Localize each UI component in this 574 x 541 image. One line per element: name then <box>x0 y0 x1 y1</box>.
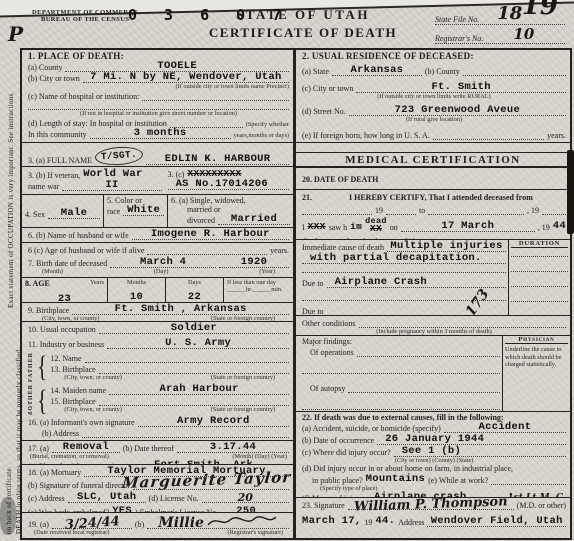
mortuary-label: 18. (a) Mortuary <box>28 468 81 477</box>
date-thereof-label: (b) Date thereof <box>123 444 174 453</box>
signature-address-label: Address <box>398 518 424 527</box>
city-field: (b) City or town 7 Mi. N by NE, Wendover… <box>28 72 289 83</box>
race-value: White <box>127 206 160 215</box>
state-title: STATE OF UTAH <box>188 7 418 23</box>
birthdate-row: 7. Birth date of deceased March 4 1920 (… <box>22 256 293 278</box>
blank-gap-row <box>296 143 570 153</box>
residence-county-label: (b) County <box>425 67 460 76</box>
autopsy-label: Of autopsy <box>302 384 345 393</box>
age-years-value: 23 <box>58 293 71 302</box>
informant-label: 16. (a) Informant's own signature <box>28 418 135 427</box>
other-conditions-row: Other conditions (Include pregnancy with… <box>296 316 570 336</box>
where-injury-label: (c) Where did injury occur? <box>302 448 391 457</box>
age-years-label: Years <box>90 279 104 288</box>
mother-maiden-value: Arah Harbour <box>159 385 238 394</box>
findings-blank-line1 <box>302 365 500 374</box>
mother-maiden-label: 14. Maiden name <box>50 386 106 395</box>
spouse-age-label: 6 (c) Age of husband or wife if alive <box>28 246 144 255</box>
birthplace-cap1: (City, town, or county) <box>42 315 99 322</box>
full-name-value: EDLIN K. HARBOUR <box>165 155 271 164</box>
signature-suffix: (M.D. or other) <box>517 501 566 510</box>
residence-title: 2. USUAL RESIDENCE OF DECEASED: <box>302 51 566 61</box>
due-to-value-1: Airplane Crash <box>335 278 427 287</box>
spouse-value: Imogene R. Harbour <box>151 230 270 239</box>
city-caption: (If outside city or town limits name Pre… <box>28 83 289 90</box>
age-less-cell: If less than one day ______hr.______min. <box>224 278 293 302</box>
where-injury-captions: (City or town) (County) (State) <box>302 457 566 464</box>
community-value: 3 months <box>134 129 187 138</box>
registrar-no-label: Registrar's No. <box>435 34 483 43</box>
disposition-label: 17. (a) <box>28 444 49 453</box>
duration-label: DURATION <box>511 240 568 248</box>
community-label: In this community <box>28 130 87 139</box>
major-findings-title: Major findings: <box>302 337 500 346</box>
rank-circled: T/SGT. <box>95 145 144 166</box>
department-line1: DEPARTMENT OF COMMERCE <box>32 9 138 16</box>
immediate-cause-value2: with partial decapitation. <box>310 254 482 263</box>
age-months-cell: Months 10 <box>108 278 166 302</box>
death-certificate-scan: DEPARTMENT OF COMMERCE BUREAU OF THE CEN… <box>0 0 574 541</box>
community-caption: years,months or days) <box>234 132 289 139</box>
physician-signature: William P. Thompson <box>354 498 508 512</box>
spouse-age-suffix: years. <box>270 246 289 255</box>
dead-over-struck: dead XX <box>365 218 387 232</box>
occurrence-label: (b) Date of occurrence <box>302 436 374 445</box>
mother-rows: MOTHER { 14. Maiden name Arah Harbour 15… <box>22 383 293 415</box>
received-date: 3/24/44 <box>64 517 119 530</box>
accident-value: Accident <box>479 423 532 432</box>
father-vertical-label: FATHER <box>28 352 34 382</box>
mother-vertical-label: MOTHER <box>28 384 34 415</box>
residence-street-field: (d) Street No. 723 Greenwood Aveue <box>302 105 566 116</box>
age-months-value: 10 <box>130 291 143 302</box>
other-conditions-caption: (Include pregnancy within 3 months of de… <box>302 328 566 335</box>
injury-place-line1: (d) Did injury occur in or about home on… <box>302 464 566 473</box>
service-no-value: AS No.17014206 <box>176 180 268 189</box>
community-field: In this community 3 months years,months … <box>28 128 289 139</box>
occupation-value: Soldier <box>171 324 217 333</box>
residence-street-value: 723 Greenwood Aveue <box>395 106 520 115</box>
birthplace-value: Ft. Smith , Arkansas <box>115 305 247 314</box>
mother-cap2: (State or foreign country) <box>211 406 275 413</box>
residence-state-value: Arkansas <box>350 66 403 75</box>
duration-line2 <box>511 263 568 272</box>
other-conditions-label: Other conditions <box>302 319 356 328</box>
saw-year-prefix: , 19 <box>538 223 550 232</box>
mortuary-address-value: SLC, Utah <box>77 493 136 502</box>
occurrence-value: 26 January 1944 <box>385 435 484 444</box>
residence-city-value: Ft. Smith <box>431 83 490 92</box>
medical-certification-header: MEDICAL CERTIFICATION <box>296 153 570 168</box>
age-label: 8. AGE <box>25 279 50 288</box>
foreign-born-field: (e) If foreign born, how long in U. S. A… <box>302 129 566 140</box>
while-at-work-label: (e) While at work? <box>428 476 488 485</box>
veteran-war-block: 3. (b) If veteran, World War name war II <box>28 168 162 194</box>
age-days-cell: Days 22 <box>166 278 224 302</box>
birthdate-label: 7. Birth date of deceased <box>28 259 107 268</box>
funeral-director-label: (b) Signature of funeral director <box>28 481 130 490</box>
physician-note: Underline the cause to which death shoul… <box>505 344 568 369</box>
saw-on: on <box>390 223 398 232</box>
father-cap2: (State or foreign country) <box>211 374 275 381</box>
certify-year1: 19 <box>375 206 383 215</box>
dod-label: 20. DATE OF DEATH <box>302 175 378 184</box>
saw-im: im <box>350 221 362 232</box>
disposition-value: Removal <box>63 443 109 452</box>
county-label: (a) County <box>28 63 62 72</box>
scan-smudge-artifact <box>0 497 16 535</box>
birthplace-cap2: (State or foreign country) <box>211 315 275 322</box>
birthdate-cap-year: (Year) <box>259 268 275 275</box>
full-name-label: 3. (a) FULL NAME <box>28 156 92 165</box>
hospital-label: (c) Name of hospital or institution: <box>28 92 139 101</box>
residence-street-label: (d) Street No. <box>302 107 346 116</box>
informant-address-label: (b) Address <box>28 429 79 438</box>
disposition-row: 17. (a) Removal (b) Date thereof 3.17.44… <box>22 441 293 465</box>
title-block: STATE OF UTAH CERTIFICATE OF DEATH <box>188 7 418 41</box>
spouse-age-row: 6 (c) Age of husband or wife if alive ye… <box>22 243 293 256</box>
birthdate-cap-month: (Month) <box>42 268 63 275</box>
signature-address-value: Wendover Field, Utah <box>431 517 563 526</box>
registrar-sig-label: (b) <box>135 520 144 529</box>
father-birthplace-label: 13. Birthplace <box>50 365 95 374</box>
license-value: 20 <box>238 493 253 502</box>
hospital-caption: (If not in hospital or institution give … <box>28 110 289 117</box>
war-value-2: II <box>105 181 118 190</box>
stay-caption: (Specify whether <box>246 121 289 128</box>
certify-number: 21. <box>302 193 312 202</box>
state-file-value: 18 <box>497 3 522 24</box>
sex-label: 4. Sex <box>25 210 45 219</box>
disposition-caption: (Burial, cremation, or removal) <box>30 453 109 460</box>
age-years-cell: 8. AGE Years 23 <box>22 278 108 302</box>
physician-title: Physician <box>505 336 568 344</box>
birthdate-cap-day: (Day) <box>154 268 169 275</box>
foreign-born-label: (e) If foreign born, how long in U. S. A… <box>302 131 430 140</box>
registrar-no-row: Registrar's No. 10 <box>435 29 565 44</box>
father-rows: FATHER { 12. Name 13. Birthplace (City, <box>22 351 293 383</box>
last-seen-date: 17 March <box>441 222 494 231</box>
age-months-label: Months <box>111 279 162 286</box>
mother-brace: { <box>37 388 47 414</box>
due-to-label-1: Due to <box>302 279 324 288</box>
residence-state-label: (a) State <box>302 67 329 76</box>
saw-prefix: I <box>302 223 305 232</box>
duration-line4 <box>511 293 568 302</box>
major-findings-block: Major findings: Of operations Of autopsy <box>296 336 570 412</box>
mortuary-rows: 18. (a) Mortuary Taylor Memorial Mortuar… <box>22 465 293 513</box>
registrar-signature-flourish <box>206 514 278 528</box>
accident-label: (a) Accident, suicide, or homicide (spec… <box>302 424 441 433</box>
industry-value: U. S. Army <box>165 339 231 348</box>
certify-year2: , 19 <box>527 206 539 215</box>
scan-blot-artifact <box>567 150 574 234</box>
handwritten-checkmark: P <box>8 22 23 46</box>
cause-blank-line1 <box>302 264 506 273</box>
age-less-line: ______hr.______min. <box>227 286 290 293</box>
industry-row: 11. Industry or business U. S. Army <box>22 337 293 351</box>
marital-label-3: divorced <box>171 216 215 225</box>
duration-line3 <box>511 278 568 287</box>
veteran-row: 3. (b) If veteran, World War name war II… <box>22 167 293 195</box>
operations-label: Of operations <box>302 348 354 357</box>
registrar-received-row: 19. (a) 3/24/44 (b) Millie (Date receive… <box>22 513 293 537</box>
age-days-label: Days <box>169 279 220 286</box>
received-label: 19. (a) <box>28 520 49 529</box>
immediate-cause-value1: Multiple injuries <box>390 242 502 251</box>
certify-block: 21. I HEREBY CERTIFY, That I attended de… <box>296 190 570 240</box>
sex-value: Male <box>61 209 87 218</box>
registrar-sig-caption: (Registrar's signature) <box>227 529 283 536</box>
marital-label-1: 6. (a) Single, widowed, <box>171 196 290 205</box>
mother-birthplace-label: 15. Birthplace <box>50 397 95 406</box>
birthdate-year: 1920 <box>241 258 267 267</box>
margin-note-occupation: Exact statement of OCCUPATION is very im… <box>7 93 15 308</box>
father-cap1: (City, town, or county) <box>64 374 121 381</box>
informant-row: 16. (a) Informant's own signature Army R… <box>22 415 293 441</box>
informant-value: Army Record <box>177 417 250 426</box>
injury-place-value: Mountains <box>366 473 425 485</box>
signature-year-prefix: 19 <box>364 518 372 527</box>
embalmed-value: YES <box>112 505 132 513</box>
father-brace: { <box>37 354 47 380</box>
race-label-2: race <box>107 207 120 216</box>
department-block: DEPARTMENT OF COMMERCE BUREAU OF THE CEN… <box>32 9 138 23</box>
certificate-header: DEPARTMENT OF COMMERCE BUREAU OF THE CEN… <box>0 0 574 48</box>
injury-place-line2: in public place? <box>302 476 363 485</box>
certificate-form: 1. PLACE OF DEATH: (a) County TOOELE (b)… <box>20 48 572 540</box>
section-usual-residence: 2. USUAL RESIDENCE OF DECEASED: (a) Stat… <box>296 50 570 143</box>
age-row: 8. AGE Years 23 Months 10 Days 22 <box>22 278 293 303</box>
veteran-label-2: name war <box>28 182 59 191</box>
city-value: 7 Mi. N by NE, Wendover, Utah <box>90 73 281 82</box>
marital-cell: 6. (a) Single, widowed, married or divor… <box>168 195 293 227</box>
immediate-cause-label: Immediate cause of death <box>302 243 384 252</box>
certify-line1: I HEREBY CERTIFY, That I attended deceas… <box>349 193 533 202</box>
city-label: (b) City or town <box>28 74 80 83</box>
county-value: TOOELE <box>157 62 197 71</box>
veteran-label-1: 3. (b) If veteran, <box>28 171 80 180</box>
license-label: (d) License No. <box>149 494 199 503</box>
residence-city-label: (c) City or town <box>302 84 353 93</box>
birthplace-row: 9. Birthplace Ft. Smith , Arkansas (City… <box>22 303 293 322</box>
section-place-of-death: 1. PLACE OF DEATH: (a) County TOOELE (b)… <box>22 50 293 143</box>
registrar-signature: Millie <box>158 519 204 528</box>
left-column: 1. PLACE OF DEATH: (a) County TOOELE (b)… <box>22 50 294 538</box>
age-days-value: 22 <box>188 291 201 302</box>
department-line2: BUREAU OF THE CENSUS <box>32 16 138 23</box>
spouse-label: 6. (b) Name of husband or wife <box>28 231 129 240</box>
industry-label: 11. Industry or business <box>28 340 104 349</box>
external-causes-block: 22. If death was due to external causes,… <box>296 412 570 498</box>
father-name-label: 12. Name <box>50 354 81 363</box>
duration-line5 <box>511 308 568 315</box>
physician-signature-block: 23. Signature William P. Thompson (M.D. … <box>296 498 570 537</box>
birthplace-label: 9. Birthplace <box>28 306 69 315</box>
state-file-label: State File No. <box>435 15 479 24</box>
mother-cap1: (City, town, or county) <box>64 406 121 413</box>
signature-label: 23. Signature <box>302 501 345 510</box>
signature-date: March 17, <box>302 515 361 527</box>
registrar-no-value: 10 <box>513 25 534 43</box>
residence-state-field: (a) State Arkansas (b) County <box>302 65 566 76</box>
race-cell: 5. Color or race White <box>104 195 168 227</box>
physician-note-box: Physician Underline the cause to which d… <box>502 336 570 411</box>
duration-column: DURATION <box>508 240 570 315</box>
residence-street-caption: (If rural give location) <box>302 116 566 123</box>
findings-blank-line2 <box>302 401 500 410</box>
age-less-label: If less than one day <box>227 279 290 286</box>
residence-city-caption: (If outside city or town limits write RU… <box>302 93 566 100</box>
hospital-blank-line <box>28 101 289 110</box>
marital-value: Married <box>231 215 277 224</box>
medical-certification-title: MEDICAL CERTIFICATION <box>345 154 520 166</box>
saw-year-value: 44 <box>553 220 566 232</box>
occupation-row: 10. Usual occupation Soldier <box>22 322 293 337</box>
saw-mid: saw h <box>329 223 347 232</box>
sex-cell: 4. Sex Male <box>22 195 104 227</box>
full-name-row: 3. (a) FULL NAME T/SGT. EDLIN K. HARBOUR <box>22 143 293 167</box>
sex-race-marital-row: 4. Sex Male 5. Color or race White 6. (a… <box>22 195 293 228</box>
residence-city-field: (c) City or town Ft. Smith <box>302 82 566 93</box>
occupation-label: 10. Usual occupation <box>28 325 96 334</box>
mortuary-address-label: (c) Address <box>28 494 65 503</box>
hospital-field: (c) Name of hospital or institution: <box>28 90 289 101</box>
certificate-title: CERTIFICATE OF DEATH <box>188 25 418 41</box>
foreign-born-suffix: years. <box>547 131 566 140</box>
saw-struck1: XXX <box>308 221 326 232</box>
certify-to: to <box>419 206 425 215</box>
saw-struck2: XX <box>370 225 382 232</box>
service-number-block: 3. (c) XXXXXXXXX AS No.17014206 <box>162 168 289 194</box>
where-injury-value: See 1 (b) <box>402 447 461 456</box>
date-of-death-row: 20. DATE OF DEATH (Month, day, and year)… <box>296 168 570 190</box>
duration-line1 <box>511 248 568 257</box>
due-to-label-2: Due to <box>302 307 324 316</box>
right-column: 2. USUAL RESIDENCE OF DECEASED: (a) Stat… <box>294 50 570 538</box>
cause-block: Immediate cause of death Multiple injuri… <box>296 240 570 316</box>
birthdate-monthday: March 4 <box>140 258 186 267</box>
signature-year-value: 44. <box>375 515 395 527</box>
spouse-row: 6. (b) Name of husband or wife Imogene R… <box>22 228 293 243</box>
date-thereof-value: 3.17.44 <box>210 443 256 452</box>
corner-year-mark: 19 <box>522 0 558 21</box>
